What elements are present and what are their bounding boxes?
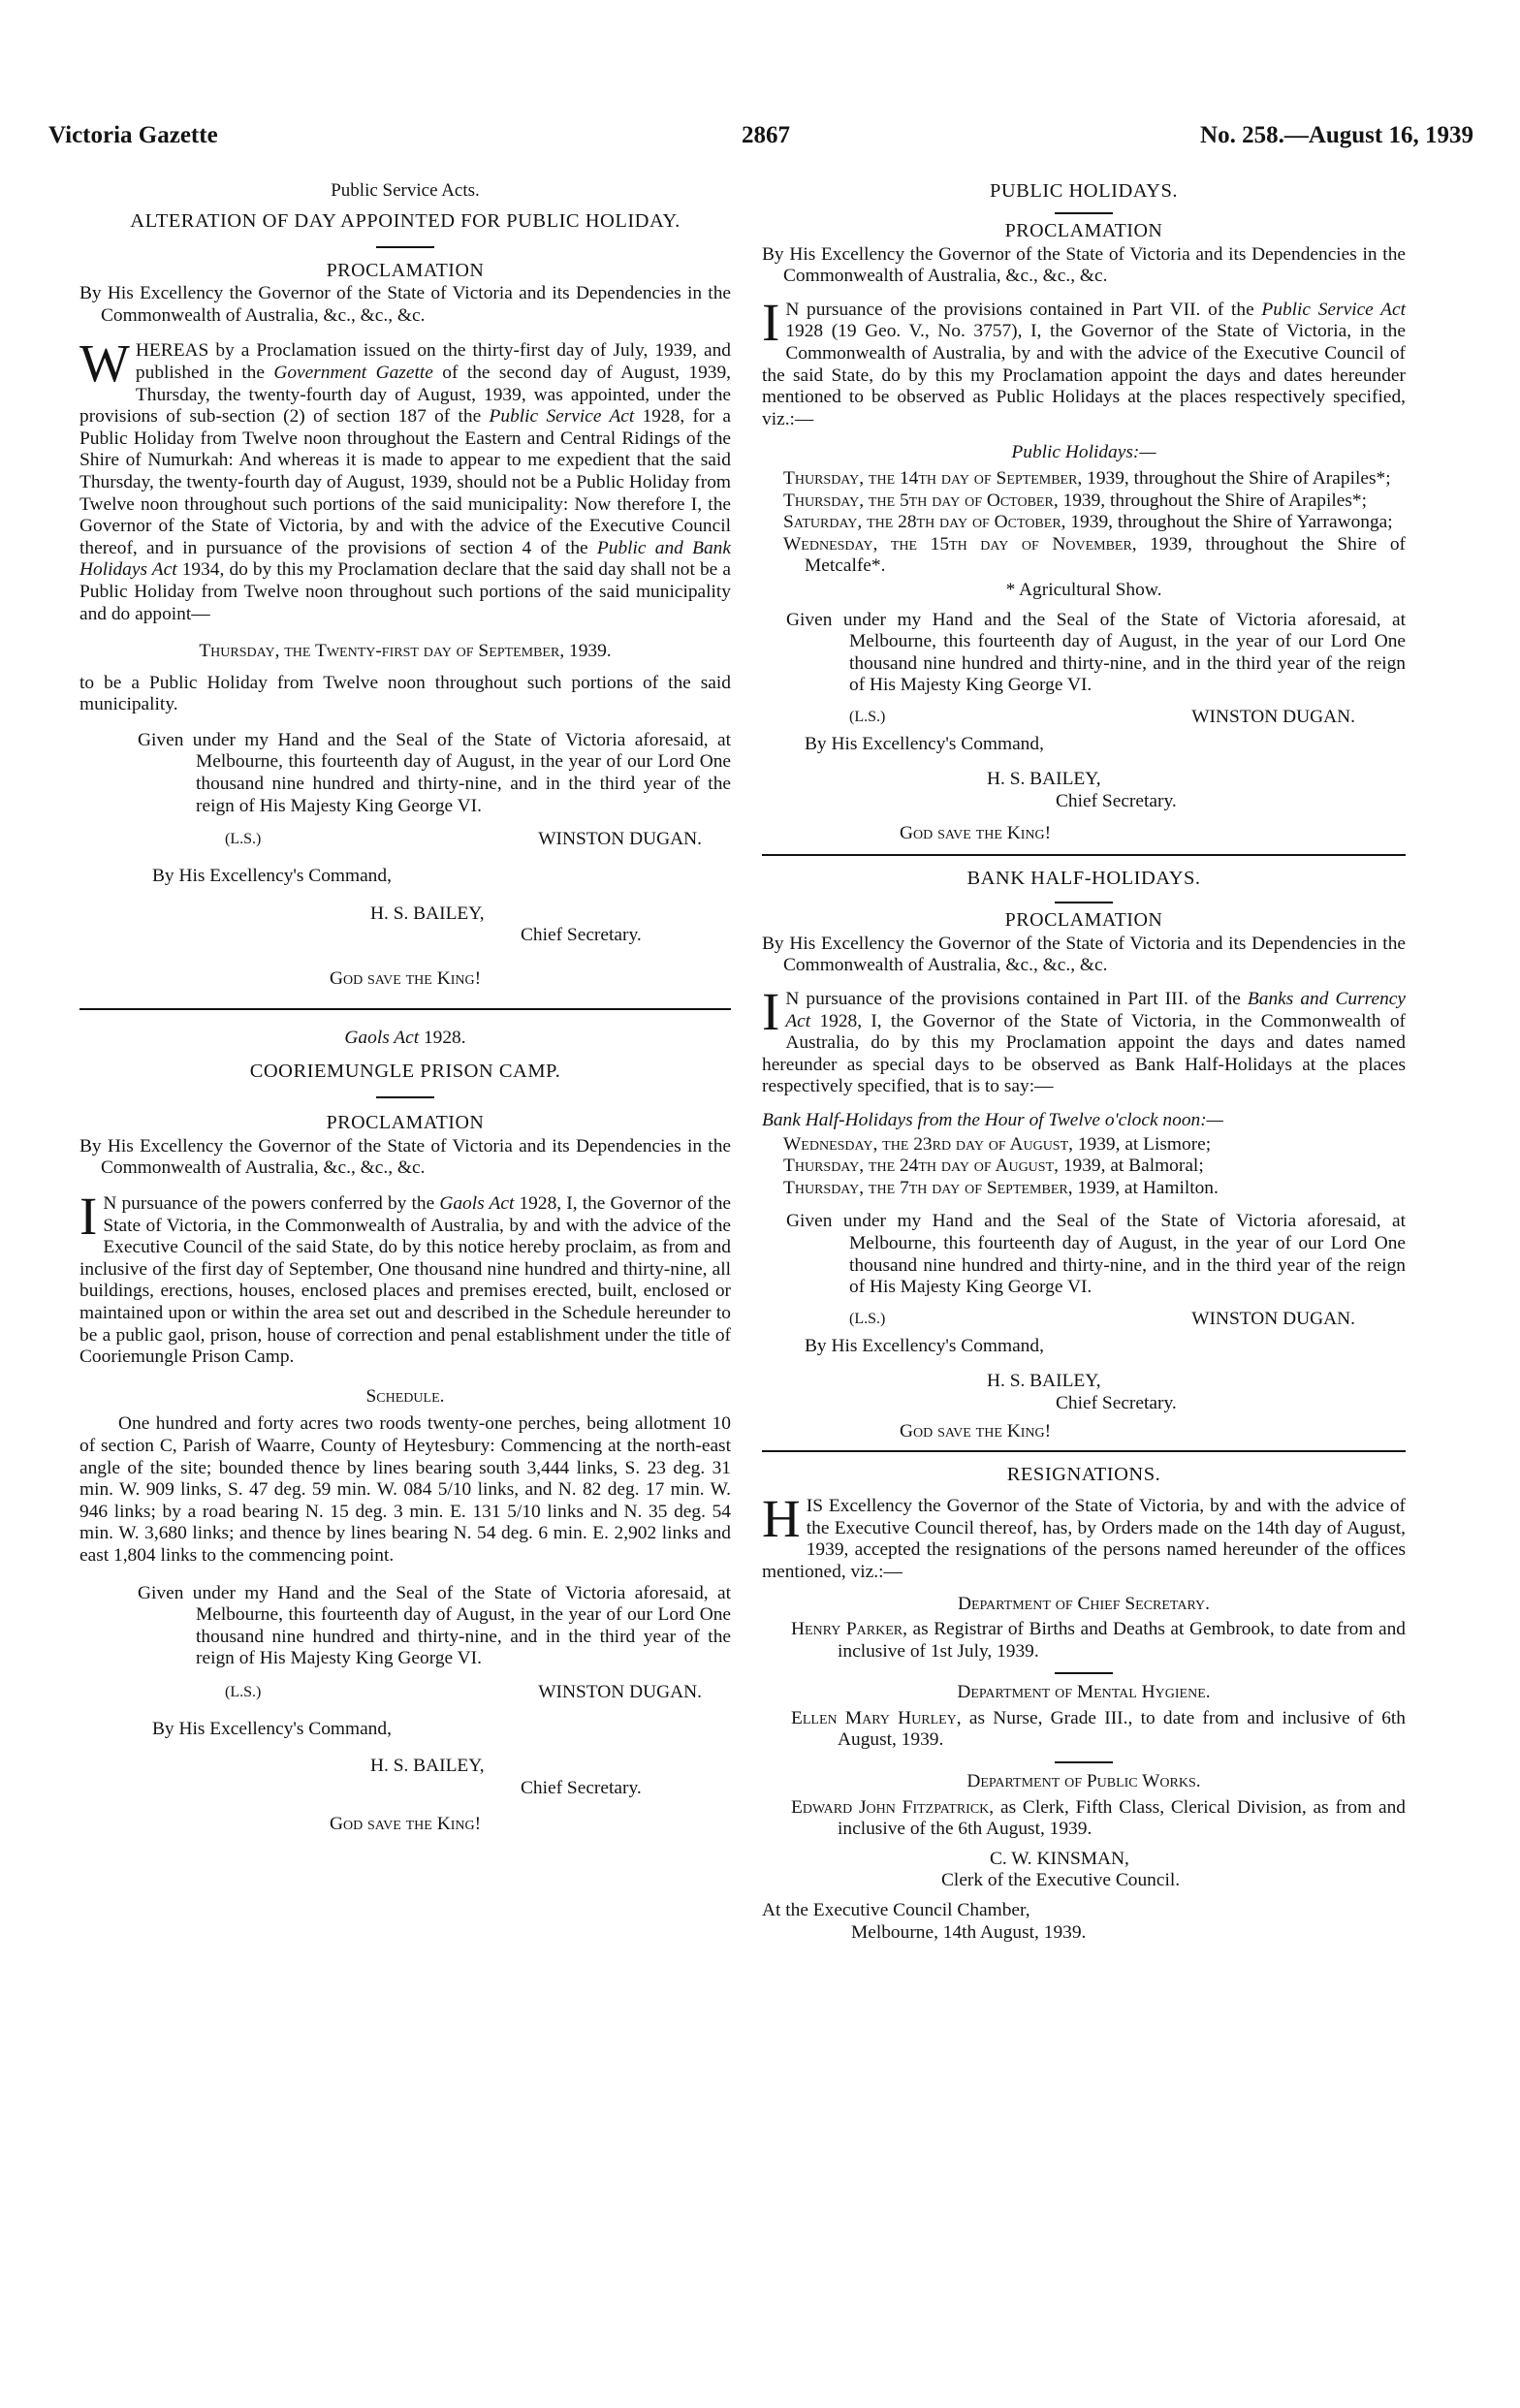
proclamation-heading: PROCLAMATION	[762, 220, 1406, 242]
proclamation-heading: PROCLAMATION	[79, 1112, 731, 1134]
governor-signature: WINSTON DUGAN.	[1191, 1309, 1355, 1331]
given-clause: Given under my Hand and the Seal of the …	[762, 610, 1406, 697]
left-column: Public Service Acts. ALTERATION OF DAY A…	[79, 180, 731, 1835]
holiday-date: Wednesday, the 15th day of November, 193…	[783, 534, 1192, 554]
secretary-title: Chief Secretary.	[521, 925, 731, 947]
governor-signature: WINSTON DUGAN.	[1191, 707, 1355, 729]
person-name: Edward John Fitzpatrick	[791, 1797, 989, 1818]
secretary-title: Chief Secretary.	[1056, 791, 1406, 813]
secretary-name: H. S. BAILEY,	[987, 769, 1406, 791]
person-name: Henry Parker	[791, 1619, 902, 1639]
notice-title: ALTERATION OF DAY APPOINTED FOR PUBLIC H…	[79, 210, 731, 233]
appointed-day: Thursday, the Twenty-first day of Septem…	[79, 641, 731, 663]
list-heading: Bank Half-Holidays from the Hour of Twel…	[762, 1110, 1406, 1132]
holiday-date: Saturday, the 28th day of October, 1939,	[783, 512, 1113, 532]
body-text: IN pursuance of the powers conferred by …	[79, 1193, 731, 1369]
given-clause: Given under my Hand and the Seal of the …	[79, 1583, 731, 1670]
list-item: Thursday, the 7th day of September, 1939…	[762, 1178, 1406, 1200]
secretary-title: Chief Secretary.	[521, 1778, 731, 1800]
secretary-name: H. S. BAILEY,	[370, 903, 731, 926]
drop-cap: I	[762, 991, 785, 1033]
signature-row: (L.S.) WINSTON DUGAN.	[762, 1309, 1406, 1336]
notice-public-holidays: PUBLIC HOLIDAYS. PROCLAMATION By His Exc…	[762, 180, 1406, 844]
proclamation-heading: PROCLAMATION	[762, 909, 1406, 932]
chamber-date: Melbourne, 14th August, 1939.	[851, 1922, 1406, 1945]
given-clause: Given under my Hand and the Seal of the …	[762, 1211, 1406, 1298]
person-name: Ellen Mary Hurley	[791, 1708, 957, 1728]
resignation-entry: Edward John Fitzpatrick, as Clerk, Fifth…	[762, 1797, 1406, 1841]
holiday-date: Thursday, the 5th day of October, 1939,	[783, 491, 1105, 511]
seal-mark: (L.S.)	[849, 1309, 885, 1331]
body-text: IN pursuance of the provisions contained…	[762, 989, 1406, 1098]
notice-title: RESIGNATIONS.	[762, 1464, 1406, 1486]
drop-cap: I	[79, 1195, 103, 1238]
notice-title: COORIEMUNGLE PRISON CAMP.	[79, 1061, 731, 1083]
god-save-the-king: God save the King!	[762, 1421, 1406, 1443]
department-heading: Department of Public Works.	[762, 1771, 1406, 1793]
footnote: * Agricultural Show.	[762, 580, 1406, 602]
notice-title: PUBLIC HOLIDAYS.	[762, 180, 1406, 203]
divider	[376, 246, 434, 248]
seal-mark: (L.S.)	[225, 1682, 261, 1704]
governor-signature: WINSTON DUGAN.	[538, 1682, 702, 1704]
page-number: 2867	[742, 122, 790, 149]
holiday-date: Thursday, the 14th day of September, 193…	[783, 468, 1129, 489]
preamble: By His Excellency the Governor of the St…	[762, 244, 1406, 288]
notice-resignations: RESIGNATIONS. HIS Excellency the Governo…	[762, 1464, 1406, 1944]
resignation-detail: , as Registrar of Births and Deaths at G…	[838, 1619, 1406, 1662]
body-text: IN pursuance of the provisions contained…	[762, 300, 1406, 431]
divider	[376, 1096, 434, 1098]
holiday-place: throughout the Shire of Arapiles*;	[1129, 468, 1391, 489]
resignation-entry: Henry Parker, as Registrar of Births and…	[762, 1619, 1406, 1663]
section-divider	[762, 1450, 1406, 1452]
preamble: By His Excellency the Governor of the St…	[79, 283, 731, 327]
drop-cap: H	[762, 1498, 807, 1540]
signature-row: (L.S.) WINSTON DUGAN.	[79, 829, 731, 856]
seal-mark: (L.S.)	[225, 829, 261, 851]
secretary-title: Chief Secretary.	[1056, 1393, 1406, 1415]
holiday-place: throughout the Shire of Arapiles*;	[1105, 491, 1367, 511]
command-line: By His Excellency's Command,	[152, 1719, 731, 1741]
notice-title: BANK HALF-HOLIDAYS.	[762, 868, 1406, 890]
bank-holiday-list: Wednesday, the 23rd day of August, 1939,…	[762, 1134, 1406, 1200]
list-heading: Public Holidays:—	[762, 442, 1406, 464]
notice-alteration-public-holiday: Public Service Acts. ALTERATION OF DAY A…	[79, 180, 731, 991]
god-save-the-king: God save the King!	[79, 1814, 731, 1836]
god-save-the-king: God save the King!	[762, 823, 1406, 845]
page-header: Victoria Gazette 2867 No. 258.—August 16…	[48, 122, 1473, 161]
section-divider	[762, 854, 1406, 856]
body-text: WHEREAS by a Proclamation issued on the …	[79, 340, 731, 625]
notice-cooriemungle-prison-camp: Gaols Act 1928. COORIEMUNGLE PRISON CAMP…	[79, 1028, 731, 1836]
list-item: Wednesday, the 15th day of November, 193…	[762, 534, 1406, 578]
list-item: Thursday, the 14th day of September, 193…	[762, 468, 1406, 491]
preamble: By His Excellency the Governor of the St…	[79, 1136, 731, 1180]
drop-cap: I	[762, 301, 785, 344]
divider	[1055, 902, 1113, 903]
right-column: PUBLIC HOLIDAYS. PROCLAMATION By His Exc…	[762, 180, 1406, 1944]
holiday-date: Thursday, the 7th day of September, 1939…	[783, 1178, 1120, 1198]
holiday-place: throughout the Shire of Yarrawonga;	[1113, 512, 1393, 532]
secretary-name: H. S. BAILEY,	[987, 1371, 1406, 1393]
list-item: Saturday, the 28th day of October, 1939,…	[762, 512, 1406, 534]
governor-signature: WINSTON DUGAN.	[538, 829, 702, 851]
secretary-name: H. S. BAILEY,	[370, 1756, 731, 1778]
holiday-place: at Hamilton.	[1120, 1178, 1219, 1198]
act-line: Public Service Acts.	[79, 180, 731, 203]
body-text: HIS Excellency the Governor of the State…	[762, 1496, 1406, 1583]
department-list: Department of Chief Secretary.Henry Park…	[762, 1594, 1406, 1841]
schedule-text: One hundred and forty acres two roods tw…	[79, 1413, 731, 1567]
clerk-title: Clerk of the Executive Council.	[941, 1870, 1406, 1892]
preamble: By His Excellency the Governor of the St…	[762, 934, 1406, 977]
publication-title: Victoria Gazette	[48, 122, 218, 149]
act-line: Gaols Act 1928.	[79, 1028, 731, 1050]
clerk-name: C. W. KINSMAN,	[990, 1849, 1406, 1871]
chamber-line: At the Executive Council Chamber,	[762, 1900, 1406, 1922]
given-clause: Given under my Hand and the Seal of the …	[79, 730, 731, 817]
after-text: to be a Public Holiday from Twelve noon …	[79, 673, 731, 716]
signature-row: (L.S.) WINSTON DUGAN.	[762, 707, 1406, 734]
holiday-date: Thursday, the 24th day of August, 1939,	[783, 1156, 1105, 1176]
holiday-place: at Lismore;	[1120, 1134, 1211, 1155]
command-line: By His Excellency's Command,	[805, 1336, 1406, 1358]
holiday-place: at Balmoral;	[1105, 1156, 1203, 1176]
section-divider	[79, 1008, 731, 1010]
schedule-heading: Schedule.	[79, 1386, 731, 1409]
divider	[1055, 1672, 1113, 1674]
god-save-the-king: God save the King!	[79, 968, 731, 991]
list-item: Wednesday, the 23rd day of August, 1939,…	[762, 1134, 1406, 1156]
holiday-date: Wednesday, the 23rd day of August, 1939,	[783, 1134, 1120, 1155]
drop-cap: W	[79, 342, 136, 385]
command-line: By His Excellency's Command,	[152, 866, 731, 888]
proclamation-heading: PROCLAMATION	[79, 260, 731, 282]
notice-bank-half-holidays: BANK HALF-HOLIDAYS. PROCLAMATION By His …	[762, 868, 1406, 1442]
issue-date: No. 258.—August 16, 1939	[1200, 122, 1473, 149]
department-heading: Department of Chief Secretary.	[762, 1594, 1406, 1616]
seal-mark: (L.S.)	[849, 707, 885, 729]
command-line: By His Excellency's Command,	[805, 734, 1406, 756]
divider	[1055, 212, 1113, 214]
resignation-entry: Ellen Mary Hurley, as Nurse, Grade III.,…	[762, 1708, 1406, 1752]
divider	[1055, 1761, 1113, 1763]
list-item: Thursday, the 24th day of August, 1939, …	[762, 1156, 1406, 1178]
signature-row: (L.S.) WINSTON DUGAN.	[79, 1682, 731, 1709]
department-heading: Department of Mental Hygiene.	[762, 1682, 1406, 1704]
list-item: Thursday, the 5th day of October, 1939, …	[762, 491, 1406, 513]
public-holiday-list: Thursday, the 14th day of September, 193…	[762, 468, 1406, 578]
